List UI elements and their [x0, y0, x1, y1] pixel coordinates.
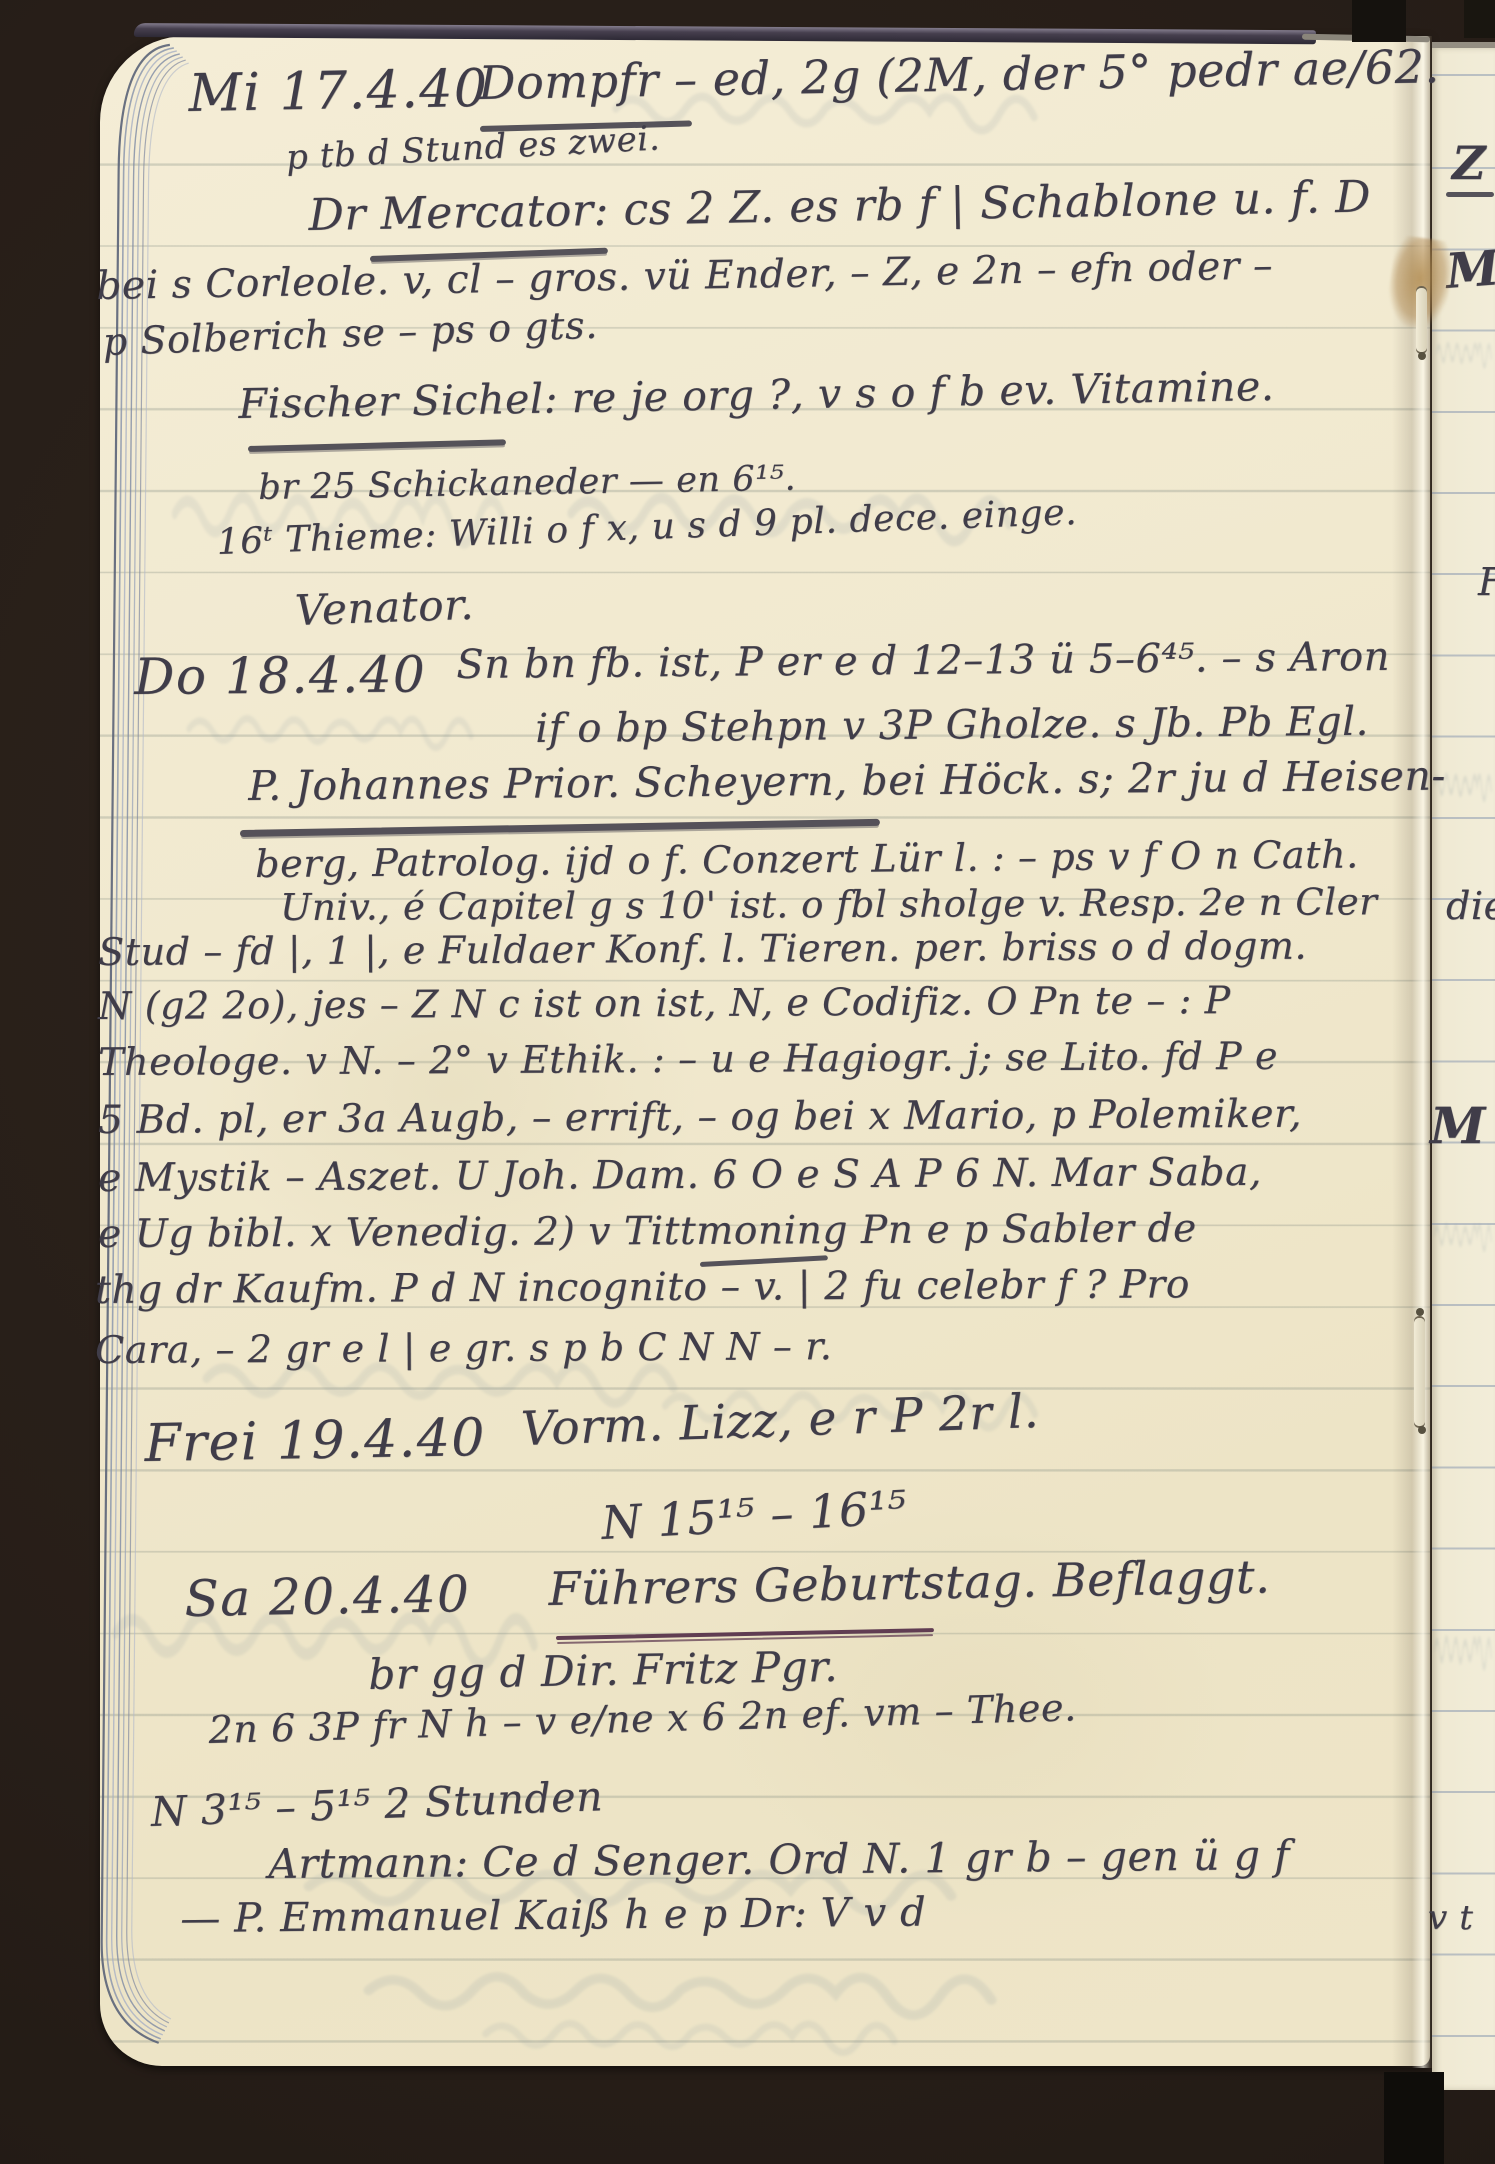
binding-thread	[1416, 288, 1427, 352]
diary-line: e Ug bibl. x Venedig. 2) v Tittmoning Pn…	[98, 1206, 1197, 1257]
binding-shadow	[1464, 0, 1495, 38]
ink-show-through	[480, 2005, 900, 2065]
notebook-photo: Mi 17.4.40 Dompfr – ed, 2g (2M, der 5° p…	[0, 0, 1495, 2164]
diary-line: N (g2 2o), jes – Z N c ist on ist, N, e …	[98, 978, 1231, 1028]
ink-show-through	[185, 700, 475, 760]
diary-line: Venator.	[294, 580, 475, 635]
diary-line: Artmann: Ce d Senger. Ord N. 1 gr b – ge…	[268, 1831, 1290, 1888]
ink-show-through	[1434, 1620, 1492, 1680]
entry-date: Mi 17.4.40	[188, 59, 489, 124]
entry-date: Sa 20.4.40	[184, 1565, 471, 1628]
facing-fragment: Z	[1452, 136, 1486, 190]
binding-thread	[1414, 1318, 1425, 1426]
ink-show-through	[1436, 330, 1492, 376]
diary-line: Cara, – 2 gr e l | e gr. s p b C N N – r…	[95, 1324, 833, 1372]
facing-fragment-underline	[1446, 192, 1494, 197]
diary-line: e Mystik – Aszet. U Joh. Dam. 6 O e S A …	[98, 1150, 1262, 1201]
facing-fragment: v t	[1428, 1898, 1473, 1938]
diary-line: if o bp Stehpn v 3P Gholze. s Jb. Pb Egl…	[535, 699, 1369, 752]
diary-line: Univ., é Capitel g s 10' ist. o fbl shol…	[280, 880, 1378, 929]
stitch-hole	[1416, 1308, 1424, 1316]
binding-shadow	[1384, 2072, 1444, 2164]
diary-line: — P. Emmanuel Kaiß h e p Dr: V v d	[180, 1889, 926, 1942]
entry-head-line: Sn bn fb. ist, P er e d 12–13 ü 5–6⁴⁵. –…	[456, 634, 1390, 688]
binding-shadow	[1352, 0, 1406, 42]
facing-fragment: die	[1446, 884, 1495, 928]
entry-date: Frei 19.4.40	[144, 1408, 486, 1474]
diary-line: Theologe. v N. – 2° v Ethik. : – u e Hag…	[98, 1034, 1278, 1084]
diary-line: thg dr Kaufm. P d N incognito – v. | 2 f…	[95, 1262, 1190, 1313]
diary-line: Stud – fd |, 1 |, e Fuldaer Konf. l. Tie…	[98, 924, 1307, 974]
stitch-hole	[1418, 352, 1426, 360]
diary-line: 5 Bd. pl, er 3a Augb, – errift, – og bei…	[98, 1092, 1302, 1143]
ink-show-through	[1434, 1210, 1492, 1260]
stitch-hole	[1418, 1426, 1426, 1434]
entry-date: Do 18.4.40	[134, 645, 426, 706]
diary-line: br gg d Dir. Fritz Pgr.	[368, 1642, 839, 1699]
facing-fragment: F	[1478, 560, 1495, 604]
facing-fragment: M	[1430, 1096, 1486, 1155]
